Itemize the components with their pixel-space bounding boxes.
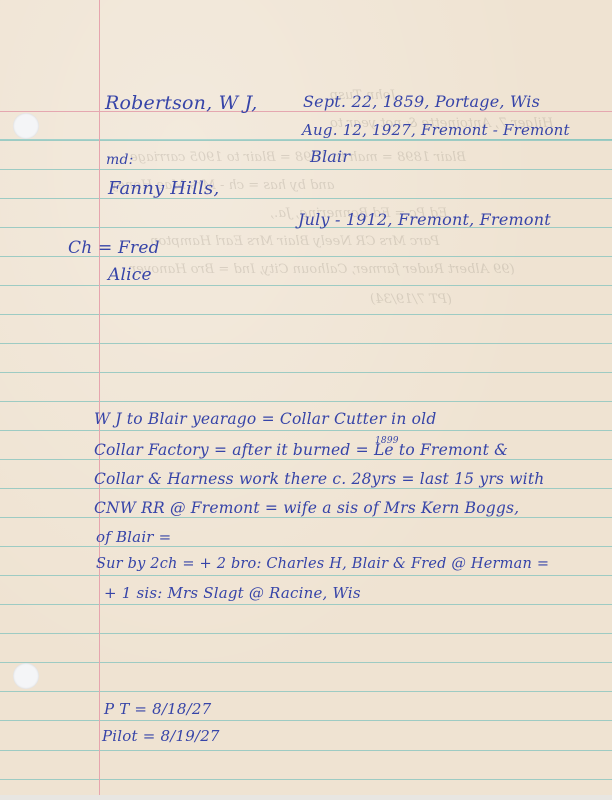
punch-hole bbox=[13, 663, 39, 689]
bleed-through-text: (99 Albert Ruder farmer, Calhoun City, I… bbox=[130, 262, 515, 277]
punch-hole bbox=[13, 113, 39, 139]
ruled-line bbox=[0, 372, 612, 373]
ruled-line bbox=[0, 517, 612, 518]
ruled-line bbox=[0, 633, 612, 634]
narrative-line: W J to Blair yearago = Collar Cutter in … bbox=[94, 410, 436, 428]
ruled-line bbox=[0, 140, 612, 141]
bleed-through-text: Parc Mrs CR Neely Blair Mrs Earl Hampton bbox=[150, 234, 439, 249]
footer-pt-date: P T = 8/18/27 bbox=[104, 700, 211, 718]
ruled-line bbox=[0, 779, 612, 780]
marriage-date-place: July - 1912, Fremont, Fremont bbox=[298, 210, 551, 229]
ruled-line bbox=[0, 720, 612, 721]
ruled-line bbox=[0, 198, 612, 199]
ruled-line bbox=[0, 546, 612, 547]
ruled-line bbox=[0, 488, 612, 489]
ruled-line bbox=[0, 343, 612, 344]
children-second: Alice bbox=[108, 265, 152, 285]
ruled-line bbox=[0, 604, 612, 605]
bleed-through-text: Blair 1898 = mah to 1898 = Blair to 1905… bbox=[130, 150, 466, 165]
narrative-line: Sur by 2ch = + 2 bro: Charles H, Blair &… bbox=[96, 556, 549, 572]
burial-place: Blair bbox=[310, 147, 350, 166]
narrative-line: Collar Factory = after it burned = Le to… bbox=[94, 441, 508, 459]
ruled-line bbox=[0, 430, 612, 431]
notebook-page: John Tusp Hilger 7, Antoinette & not yea… bbox=[0, 0, 612, 795]
narrative-line: Collar & Harness work there c. 28yrs = l… bbox=[94, 470, 544, 488]
ruled-line bbox=[0, 314, 612, 315]
narrative-line: + 1 sis: Mrs Slagt @ Racine, Wis bbox=[104, 584, 361, 602]
birth-date-place: Sept. 22, 1859, Portage, Wis bbox=[303, 92, 540, 111]
narrative-line: of Blair = bbox=[96, 528, 171, 546]
children-first: Ch = Fred bbox=[68, 238, 160, 258]
footer-pilot-date: Pilot = 8/19/27 bbox=[102, 727, 220, 745]
ruled-line bbox=[0, 401, 612, 402]
death-date-place: Aug. 12, 1927, Fremont - Fremont bbox=[302, 121, 570, 139]
married-label: md: bbox=[106, 152, 134, 168]
header-rule bbox=[0, 111, 612, 112]
ruled-line bbox=[0, 459, 612, 460]
spouse-name: Fanny Hills, bbox=[108, 178, 219, 199]
narrative-line: CNW RR @ Fremont = wife a sis of Mrs Ker… bbox=[94, 499, 519, 517]
bleed-through-text: (PT 7/19/34) bbox=[370, 292, 452, 307]
ruled-line bbox=[0, 750, 612, 751]
ruled-line bbox=[0, 285, 612, 286]
margin-line bbox=[99, 0, 100, 795]
ruled-line bbox=[0, 691, 612, 692]
ruled-line bbox=[0, 169, 612, 170]
ruled-line bbox=[0, 575, 612, 576]
person-name: Robertson, W J, bbox=[105, 92, 258, 114]
ruled-line bbox=[0, 662, 612, 663]
